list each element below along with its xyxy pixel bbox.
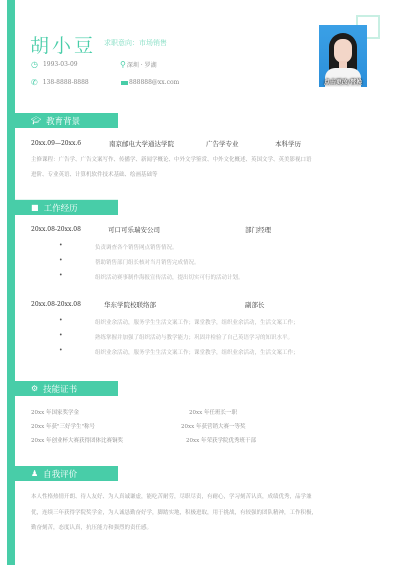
accent-side-bar xyxy=(7,0,15,565)
section-title: 教育背景 xyxy=(46,115,80,127)
email-info: 888888@xx.com xyxy=(121,79,179,86)
job-period: 20xx.08-20xx.08 xyxy=(31,301,81,308)
job-bullet: 帮助销售部门组长核对当月销售完成情况。 xyxy=(95,258,200,266)
section-header-work: ■ 工作经历 xyxy=(15,200,118,215)
job-role: 副部长 xyxy=(245,300,265,309)
bullet-dot: • xyxy=(59,257,63,264)
bullet-dot: • xyxy=(59,347,63,354)
skill-item: 20xx 年国家奖学金 xyxy=(31,408,79,416)
section-title: 工作经历 xyxy=(44,202,78,214)
self-eval-line: 勤奋刻苦，态度认真，抗压能力和强烈的责任感。 xyxy=(31,521,152,535)
clock-icon: ◷ xyxy=(31,60,38,69)
birthday-value: 1993-03-09 xyxy=(43,61,78,68)
gear-icon: ⚙ xyxy=(31,384,38,393)
profile-photo[interactable]: 点击更改/替换 xyxy=(319,25,367,87)
section-header-self-eval: ♟ 自我评价 xyxy=(15,466,118,481)
self-eval-line: 本人性格热情开朗、待人友好、为人真诚谦虚，能吃苦耐劳，尽职尽责，有耐心，学习刻苦… xyxy=(31,490,312,504)
bullet-dot: • xyxy=(59,242,63,249)
email-value: 888888@xx.com xyxy=(129,79,179,86)
job-bullet: 组织活动赛事制作海报宣传活动，提出切实可行的活动计划。 xyxy=(95,273,244,281)
skill-item: 20xx 年获营销大赛一等奖 xyxy=(181,422,245,430)
section-title: 技能证书 xyxy=(43,383,77,395)
location-info: ⚲ 深圳 · 罗湖 xyxy=(120,60,157,69)
job-company: 华东学院校联络部 xyxy=(104,300,156,309)
photo-replace-caption[interactable]: 点击更改/替换 xyxy=(319,78,367,87)
birthday-info: ◷ 1993-03-09 xyxy=(31,60,78,69)
section-title: 自我评价 xyxy=(43,468,77,480)
graduation-cap-icon: 🎓︎ xyxy=(31,116,41,125)
location-pin-icon: ⚲ xyxy=(120,60,126,69)
skill-item: 20xx 年创业杯大赛获得团体比赛铜奖 xyxy=(31,436,123,444)
bullet-dot: • xyxy=(59,317,63,324)
edu-courses-line1: 主修课程：广告学、广告文案写作、传播学、新闻学概论、中外文学鉴赏、中外文化概述、… xyxy=(31,153,312,167)
skill-item: 20xx 年荣获学院优秀班干部 xyxy=(186,436,256,444)
section-header-skills: ⚙ 技能证书 xyxy=(15,381,118,396)
edu-school: 南京邮电大学通达学院 xyxy=(109,139,174,148)
job-bullet: 熟练掌握并加强了组织活动与教学能力；巩固并检验了自己英语学习的知识水平。 xyxy=(95,333,293,341)
envelope-icon xyxy=(121,81,128,85)
job-role: 部门经理 xyxy=(245,225,271,234)
job-company: 可口可乐瑞安公司 xyxy=(108,225,160,234)
job-bullet: 组织业余活动，服务学生生活文案工作；课堂教学，组织业余活动，生活文案工作； xyxy=(95,348,299,356)
edu-period: 20xx.09—20xx.6 xyxy=(31,140,81,147)
self-eval-line: 优，连续三年获得学院奖学金，为人诚恳勤奋好学，脚踏实地，积极进取，用于挑战，有较… xyxy=(31,506,317,520)
phone-info: ✆ 138-8888-8888 xyxy=(31,78,89,87)
candidate-name: 胡小豆 xyxy=(30,31,96,58)
section-header-education: 🎓︎ 教育背景 xyxy=(15,113,118,128)
phone-icon: ✆ xyxy=(31,78,38,87)
job-intent: 求职意向：市场销售 xyxy=(104,38,167,48)
briefcase-icon: ■ xyxy=(31,203,39,212)
user-icon: ♟ xyxy=(31,469,38,478)
location-value: 深圳 · 罗湖 xyxy=(127,60,157,69)
edu-major: 广告学专业 xyxy=(206,139,239,148)
edu-degree: 本科学历 xyxy=(275,139,301,148)
bullet-dot: • xyxy=(59,332,63,339)
bullet-dot: • xyxy=(59,272,63,279)
job-bullet: 负责调查各个销售网点销售情况。 xyxy=(95,243,178,251)
phone-value: 138-8888-8888 xyxy=(43,79,89,86)
skill-item: 20xx 年获"三好学生"称号 xyxy=(31,422,95,430)
job-period: 20xx.08-20xx.08 xyxy=(31,226,81,233)
job-bullet: 组织业余活动，服务学生生活文案工作；课堂教学，组织业余活动，生活文案工作； xyxy=(95,318,299,326)
skill-item: 20xx 年任班长一职 xyxy=(189,408,237,416)
edu-courses-line2: 进阶、专业英语、计算机软件技术基础、绘画基础等 xyxy=(31,168,158,182)
